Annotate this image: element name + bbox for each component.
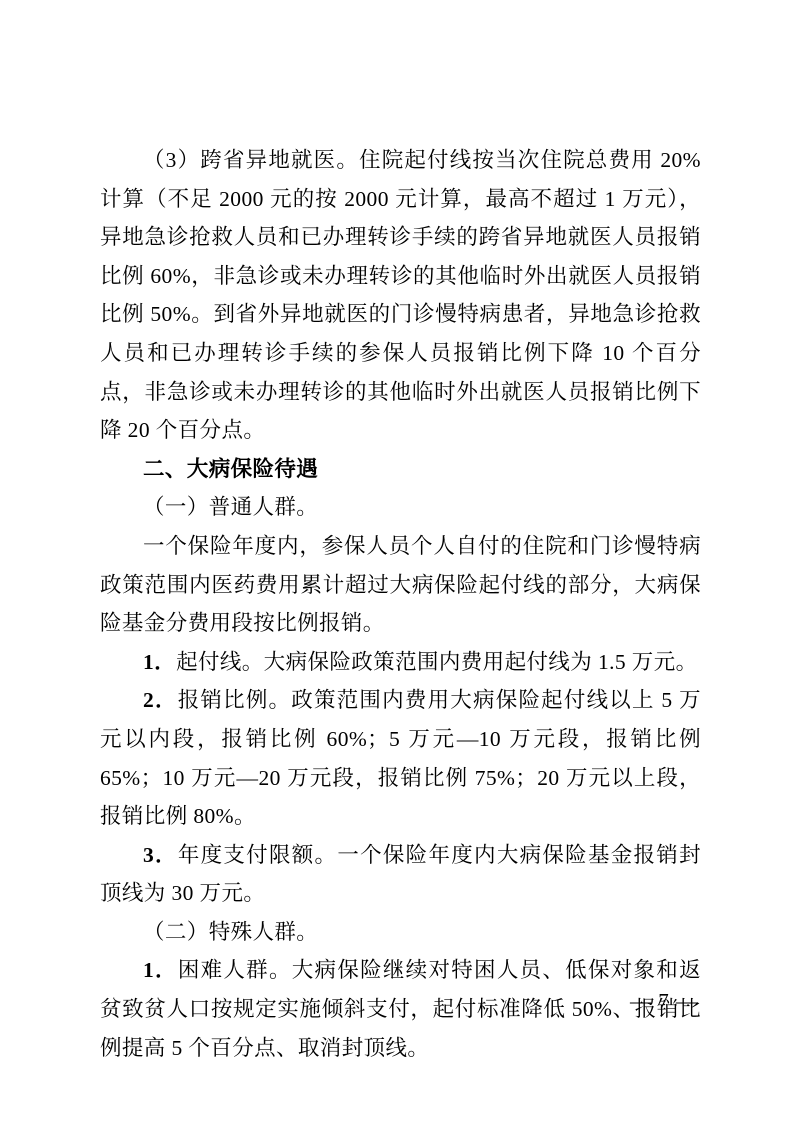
subsection-heading-special-group: （二）特殊人群。 (100, 913, 701, 952)
section-heading-major-illness-benefits: 二、大病保险待遇 (100, 450, 701, 489)
item-annual-payment-limit: 3．年度支付限额。一个保险年度内大病保险基金报销封顶线为 30 万元。 (100, 836, 701, 913)
item-reimbursement-ratio: 2．报销比例。政策范围内费用大病保险起付线以上 5 万元以内段，报销比例 60%… (100, 681, 701, 835)
item-text: 起付线。大病保险政策范围内费用起付线为 1.5 万元。 (176, 650, 697, 674)
item-text: 报销比例。政策范围内费用大病保险起付线以上 5 万元以内段，报销比例 60%；5… (100, 688, 701, 828)
item-number: 1． (143, 958, 178, 982)
item-text: 年度支付限额。一个保险年度内大病保险基金报销封顶线为 30 万元。 (100, 843, 701, 906)
item-deductible-line: 1．起付线。大病保险政策范围内费用起付线为 1.5 万元。 (100, 643, 701, 682)
item-number: 3． (143, 843, 178, 867)
document-body: （3）跨省异地就医。住院起付线按当次住院总费用 20%计算（不足 2000 元的… (100, 141, 701, 1067)
subsection-heading-ordinary-group: （一）普通人群。 (100, 488, 701, 527)
item-text: 困难人群。大病保险继续对特困人员、低保对象和返贫致贫人口按规定实施倾斜支付，起付… (100, 958, 701, 1059)
page-number: — 7 — (630, 986, 698, 1016)
item-number: 1． (143, 650, 176, 674)
paragraph-insurance-year-rule: 一个保险年度内，参保人员个人自付的住院和门诊慢特病政策范围内医药费用累计超过大病… (100, 527, 701, 643)
item-disadvantaged-group: 1．困难人群。大病保险继续对特困人员、低保对象和返贫致贫人口按规定实施倾斜支付，… (100, 951, 701, 1067)
paragraph-cross-province-treatment: （3）跨省异地就医。住院起付线按当次住院总费用 20%计算（不足 2000 元的… (100, 141, 701, 450)
item-number: 2． (143, 688, 178, 712)
document-page: （3）跨省异地就医。住院起付线按当次住院总费用 20%计算（不足 2000 元的… (0, 0, 794, 1122)
